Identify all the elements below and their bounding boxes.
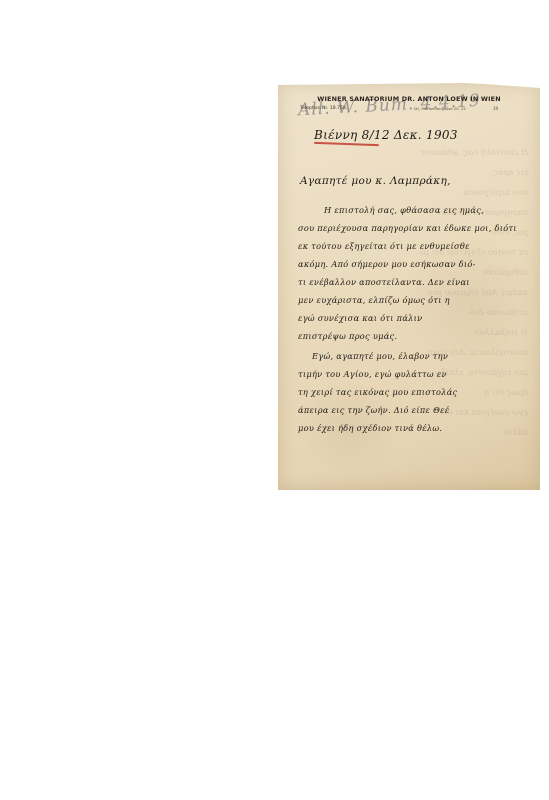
body-line: μεν ευχάριστα, ελπίζω όμως ότι η: [298, 295, 530, 305]
body-line: Η επιστολή σας, φθάσασα εις ημάς,: [324, 205, 549, 215]
body-line: εγώ συνέχισα και ότι πάλιν: [298, 313, 530, 323]
body-line: εκ τούτου εξηγείται ότι με ενθυμείσθε: [298, 241, 530, 251]
salutation: Αγαπητέ μου κ. Λαμπράκη,: [300, 175, 451, 187]
letterhead-year-prefix: 19: [493, 106, 498, 111]
body-line: σου περιέχουσα παρηγορίαν και έδωκε μοι,…: [298, 223, 530, 233]
red-underline: [314, 142, 379, 146]
body-line: ακόμη. Από σήμερον μου εσήκωσαν διό-: [298, 259, 530, 269]
body-line: τι ενέβαλλον αποστείλαντα. Δεν είναι: [298, 277, 530, 287]
letterhead-phone: Telephon Nr. 18.758.: [300, 106, 347, 111]
body-line: μου έχει ήδη σχέδιον τινά θέλω.: [298, 423, 530, 433]
pencil-annotation: All. W. Bum. 4.4.19: [298, 88, 539, 121]
ink-bleed-through: Η επιστολή σας, φθάσασα εις ημάς, σου πε…: [418, 143, 528, 443]
body-line: τη χειρί τας εικόνας μου επιστολάς: [298, 387, 530, 397]
letterhead-title: WIENER SANATORIUM DR. ANTON LOEW IN WIEN: [278, 95, 540, 103]
body-line: επιστρέψω προς υμάς.: [298, 331, 530, 341]
body-line: άπειρα εις την ζωήν. Διό είπε Θεέ: [298, 405, 530, 415]
body-line: τιμήν του Αγίου, εγώ φυλάττω εν: [298, 369, 530, 379]
letter-page: Η επιστολή σας, φθάσασα εις ημάς, σου πε…: [278, 83, 540, 490]
dateline: Βιέννη 8/12 Δεκ. 1903: [314, 128, 458, 142]
letterhead-address: IX/, Mariannengasse 20, 22: [414, 106, 466, 111]
body-line: Εγώ, αγαπητέ μου, έλαβον την: [312, 351, 544, 361]
